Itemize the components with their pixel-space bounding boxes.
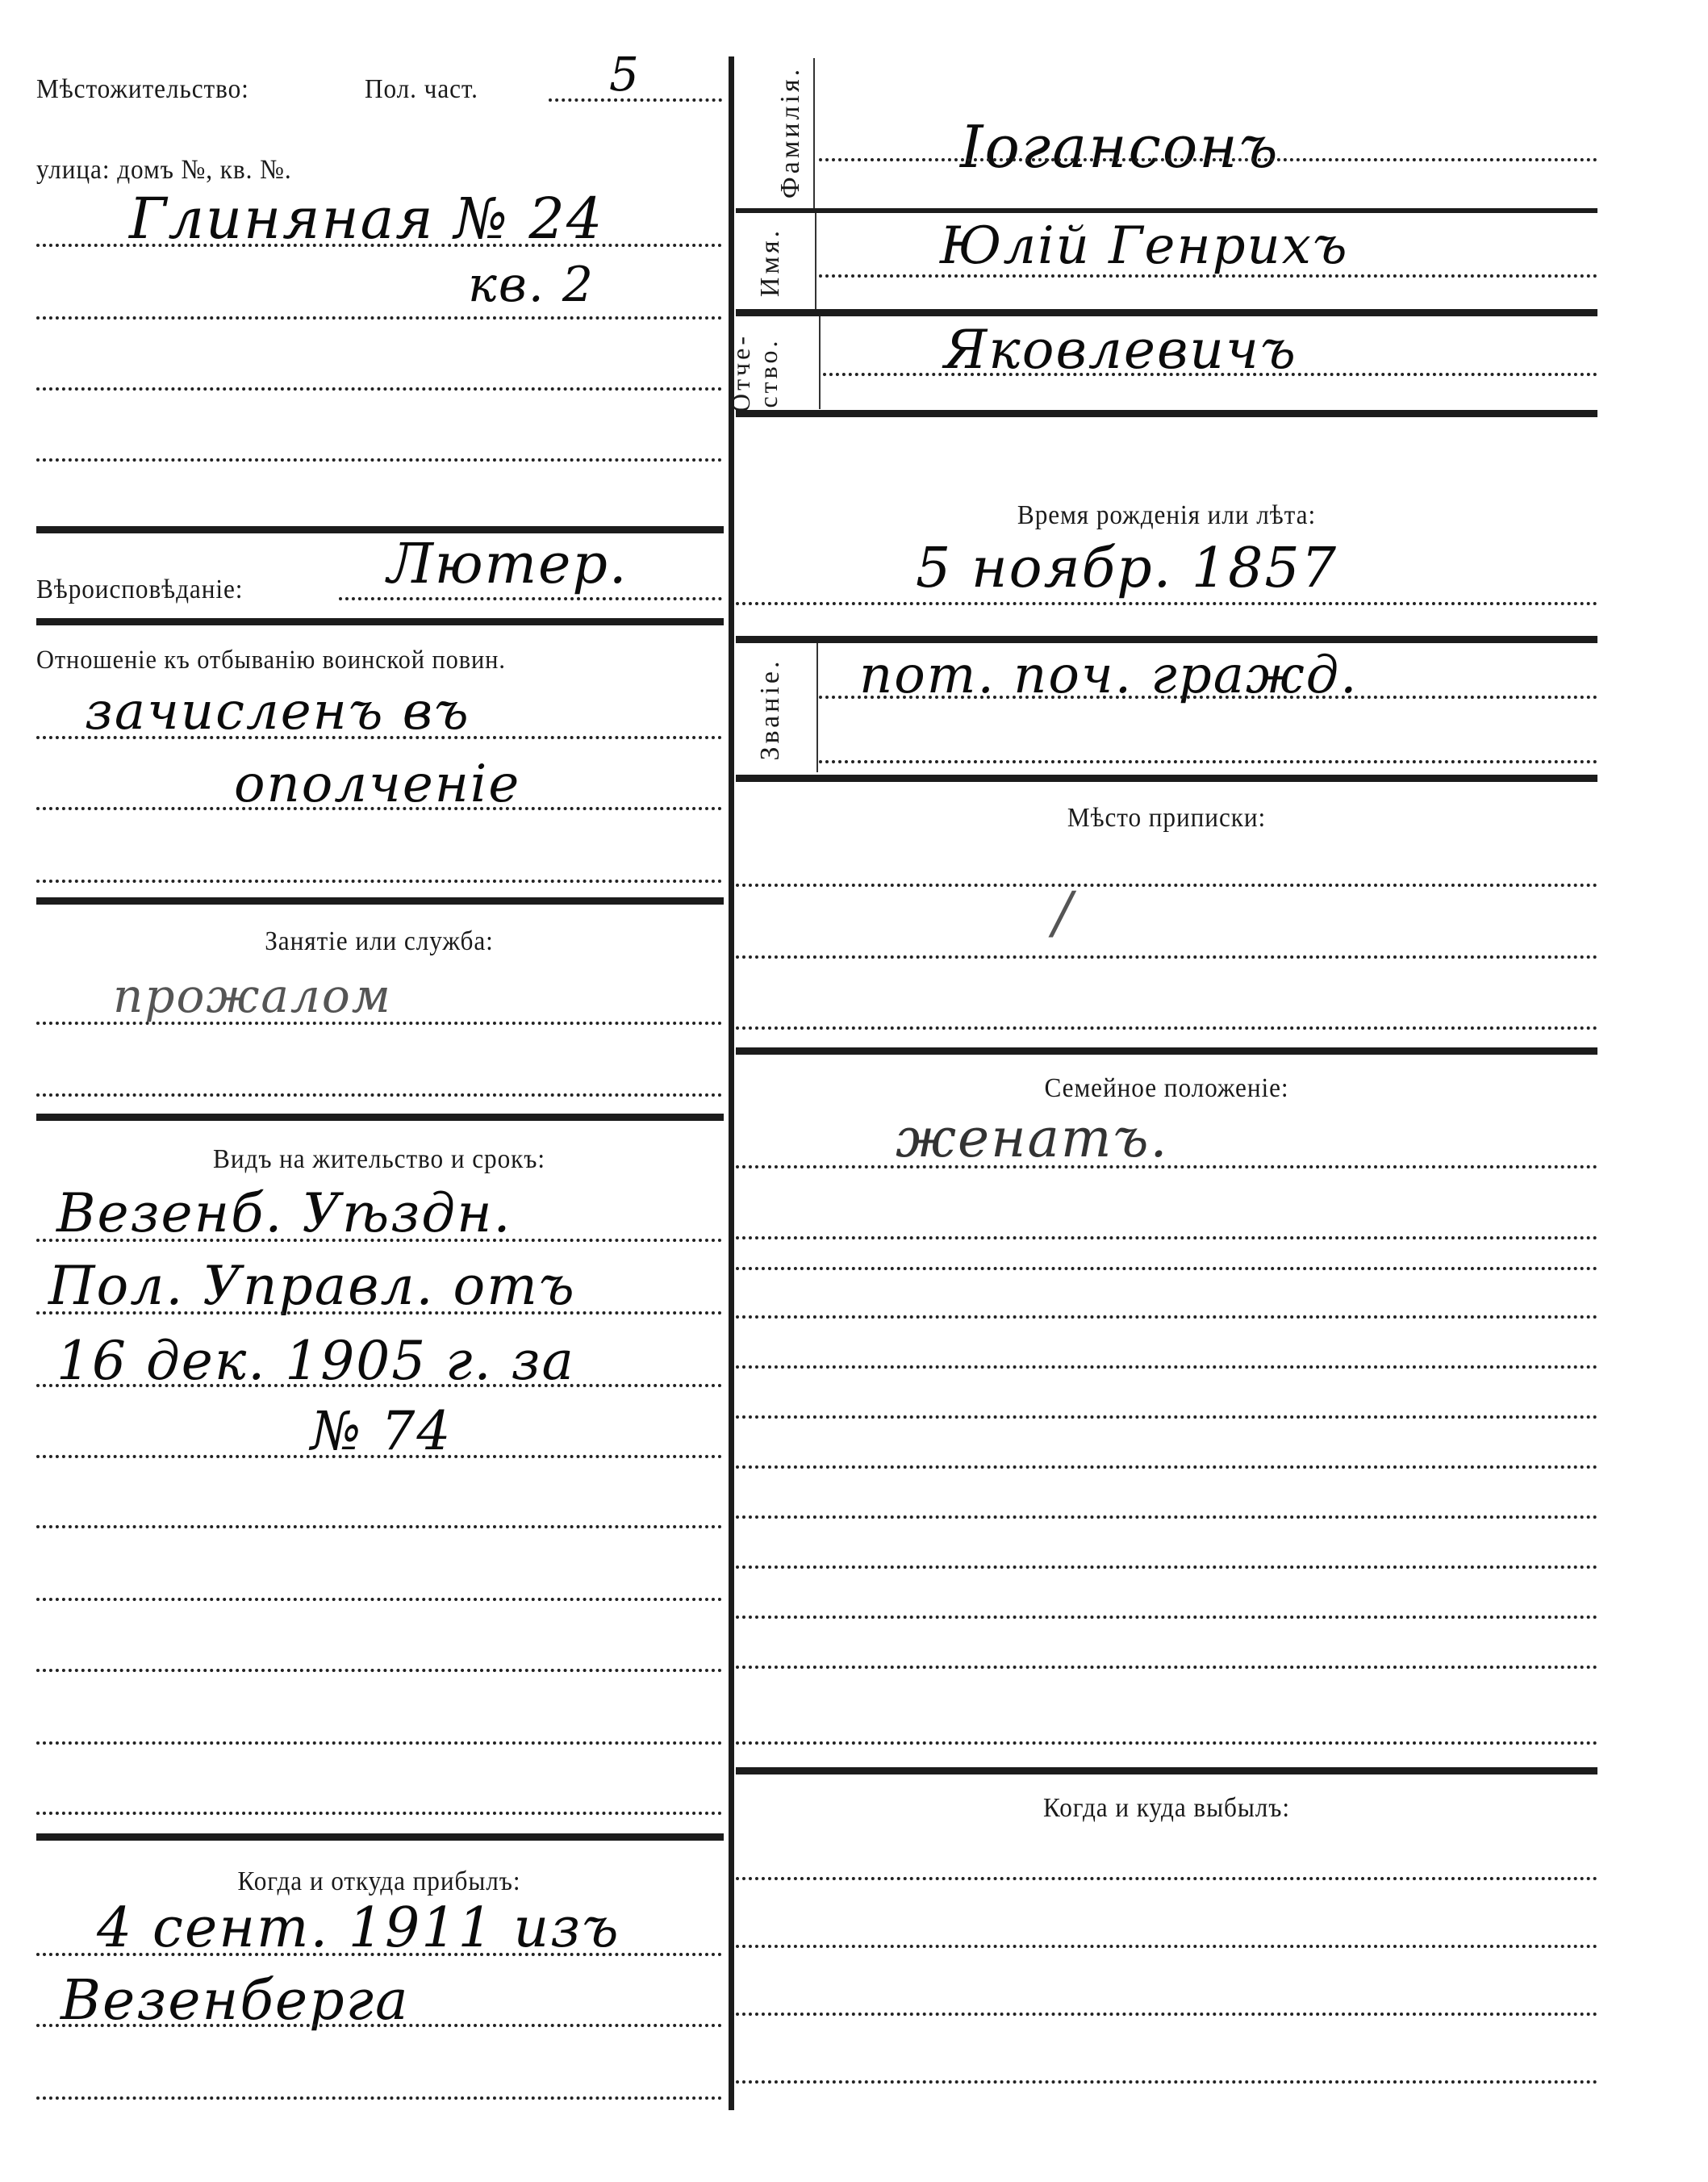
dotted-line [736,1365,1597,1369]
police-district-value: 5 [609,47,641,102]
dotted-line [736,1666,1597,1669]
residence-permit-label: Видъ на жительство и срокъ: [64,1144,695,1175]
dotted-line [36,244,722,247]
dotted-line [736,955,1597,959]
dotted-line [736,2080,1597,2084]
dotted-line [736,1616,1597,1619]
patronymic-label-line2: ство. [754,337,783,408]
row-divider [736,410,1597,417]
dotted-line [36,1598,722,1601]
first-name-value: Юлій Генрихъ [940,216,1349,276]
military-value-line2: ополченіе [234,755,520,814]
residence-permit-value-line1: Везенб. Уѣздн. [56,1182,512,1244]
row-divider [736,208,1597,213]
street-value-line1: Глиняная № 24 [129,186,603,252]
dotted-line [36,1384,722,1387]
birth-value: 5 ноябр. 1857 [916,537,1338,600]
dotted-line [736,2013,1597,2016]
registration-place-value: / [1053,880,1074,946]
police-district-label: Пол. част. [365,74,478,105]
dotted-line [36,1093,722,1097]
street-value-line2: кв. 2 [468,257,595,313]
dotted-line [36,387,722,391]
row-divider [736,309,1597,316]
section-divider [36,1833,724,1841]
dotted-line [36,1741,722,1745]
dotted-line [36,1455,722,1458]
dotted-line [819,158,1597,161]
dotted-line [736,1515,1597,1519]
row-divider [736,1767,1597,1774]
dotted-line [36,2096,722,2100]
dotted-line [36,736,722,739]
residence-permit-value-line4: № 74 [311,1400,452,1462]
residence-label: Мѣстожительство: [36,74,249,105]
dotted-line [736,1315,1597,1319]
dotted-line [736,1415,1597,1419]
departure-label: Когда и куда выбылъ: [770,1793,1564,1824]
surname-label: Фамилія. [775,36,806,229]
religion-value: Лютер. [387,533,628,596]
dotted-line [736,1236,1597,1239]
occupation-label: Занятіе или служба: [64,926,695,957]
dotted-line [36,1239,722,1242]
rank-label: Званіе. [755,641,786,778]
military-label: Отношеніе къ отбыванію воинской повин. [36,646,506,675]
dotted-line [736,1877,1597,1880]
label-divider [816,643,818,772]
dotted-line [36,880,722,883]
residence-permit-value-line3: 16 дек. 1905 г. за [56,1330,575,1392]
dotted-line [36,1525,722,1528]
dotted-line [36,2024,722,2027]
occupation-value: прожалом [113,968,392,1023]
dotted-line [36,458,722,462]
dotted-line [36,1812,722,1815]
dotted-line [736,1165,1597,1168]
marital-status-value: женатъ. [896,1107,1168,1169]
patronymic-label-line1: Отче- [726,333,755,412]
residence-permit-value-line2: Пол. Управл. отъ [48,1255,576,1317]
dotted-line [819,274,1597,278]
dotted-line [736,1267,1597,1270]
label-divider [813,58,815,210]
marital-status-label: Семейное положеніе: [770,1073,1564,1104]
dotted-line [36,1022,722,1025]
arrival-label: Когда и откуда прибылъ: [64,1866,695,1897]
street-label: улица: домъ №, кв. №. [36,155,292,186]
dotted-line [819,760,1597,763]
registration-place-label: Мѣсто приписки: [770,803,1564,834]
dotted-line [736,884,1597,887]
religion-line [339,597,722,600]
dotted-line [36,807,722,810]
row-divider [736,775,1597,782]
military-value-line1: зачисленъ въ [85,682,470,742]
patronymic-label: Отче- ство. [727,328,782,417]
section-divider [36,897,724,905]
row-divider [736,1047,1597,1055]
dotted-line [36,1669,722,1672]
dotted-line [823,373,1597,376]
dotted-line [736,1741,1597,1745]
arrival-value-line1: 4 сент. 1911 изъ [97,1896,620,1960]
first-name-label: Имя. [755,202,786,323]
label-divider [819,316,821,409]
dotted-line [36,1953,722,1956]
dotted-line [736,1945,1597,1948]
row-divider [736,636,1597,643]
section-divider [36,1114,724,1121]
surname-value: Іогансонъ [960,113,1280,181]
dotted-line [36,1311,722,1315]
dotted-line [736,1026,1597,1030]
dotted-line [736,1465,1597,1469]
dotted-line [736,1565,1597,1569]
birth-label: Время рожденія или лѣта: [770,500,1564,531]
dotted-line [819,696,1597,699]
dotted-line [36,316,722,320]
label-divider [815,213,816,310]
dotted-line [736,602,1597,605]
religion-label: Вѣроисповѣданіе: [36,575,243,605]
patronymic-value: Яковлевичъ [944,319,1297,381]
section-divider [36,618,724,625]
